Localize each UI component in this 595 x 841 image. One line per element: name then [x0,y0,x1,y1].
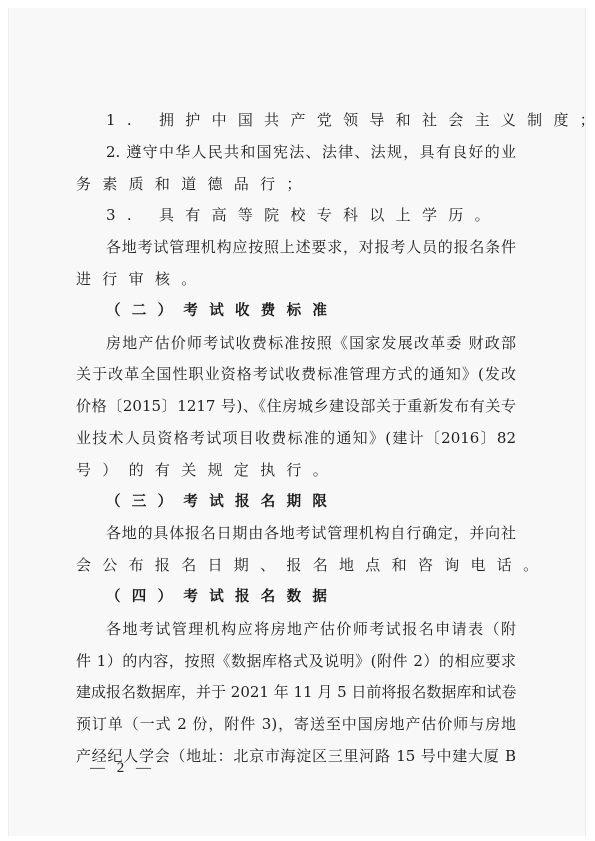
paragraph-data-line-3: 建成报名数据库，并于 2021 年 11 月 5 日前将报名数据库和试卷 [76,677,516,709]
paragraph-data-line-4: 预订单（一式 2 份，附件 3)，寄送至中国房地产估价师与房地 [76,709,516,741]
document-page: 1. 拥护中国共产党领导和社会主义制度； 2. 遵守中华人民共和国宪法、法律、法… [8,8,586,836]
list-item-2-cont: 务素质和道德品行； [76,169,516,201]
paragraph-data-line-2: 件 1）的内容，按照《数据库格式及说明》(附件 2）的相应要求 [76,646,516,678]
list-item-2: 2. 遵守中华人民共和国宪法、法律、法规，具有良好的业 [76,137,516,169]
list-item-3: 3. 具有高等院校专科以上学历。 [76,200,516,232]
paragraph-fees-line-3: 价格〔2015〕1217 号)、《住房城乡建设部关于重新发布有关专 [76,391,516,423]
page-number: — 2 — [90,760,155,777]
paragraph-fees-line-4: 业技术人员资格考试项目收费标准的通知》(建计〔2016〕82 [76,423,516,455]
paragraph-review-cont: 进行审核。 [76,264,516,296]
list-item-1: 1. 拥护中国共产党领导和社会主义制度； [76,105,516,137]
section-heading-period: （三）考试报名期限 [76,487,516,519]
paragraph-period-line-2: 会公布报名日期、报名地点和咨询电话。 [76,550,516,582]
section-heading-data: （四）考试报名数据 [76,582,516,614]
paragraph-fees: 房地产估价师考试收费标准按照《国家发展改革委 财政部 [76,328,516,360]
paragraph-fees-line-5: 号）的有关规定执行。 [76,455,516,487]
paragraph-fees-line-2: 关于改革全国性职业资格考试收费标准管理方式的通知》(发改 [76,359,516,391]
section-heading-fees: （二）考试收费标准 [76,296,516,328]
document-body: 1. 拥护中国共产党领导和社会主义制度； 2. 遵守中华人民共和国宪法、法律、法… [76,105,516,773]
paragraph-period: 各地的具体报名日期由各地考试管理机构自行确定，并向社 [76,518,516,550]
paragraph-review: 各地考试管理机构应按照上述要求，对报考人员的报名条件 [76,232,516,264]
paragraph-data: 各地考试管理机构应将房地产估价师考试报名申请表（附 [76,614,516,646]
